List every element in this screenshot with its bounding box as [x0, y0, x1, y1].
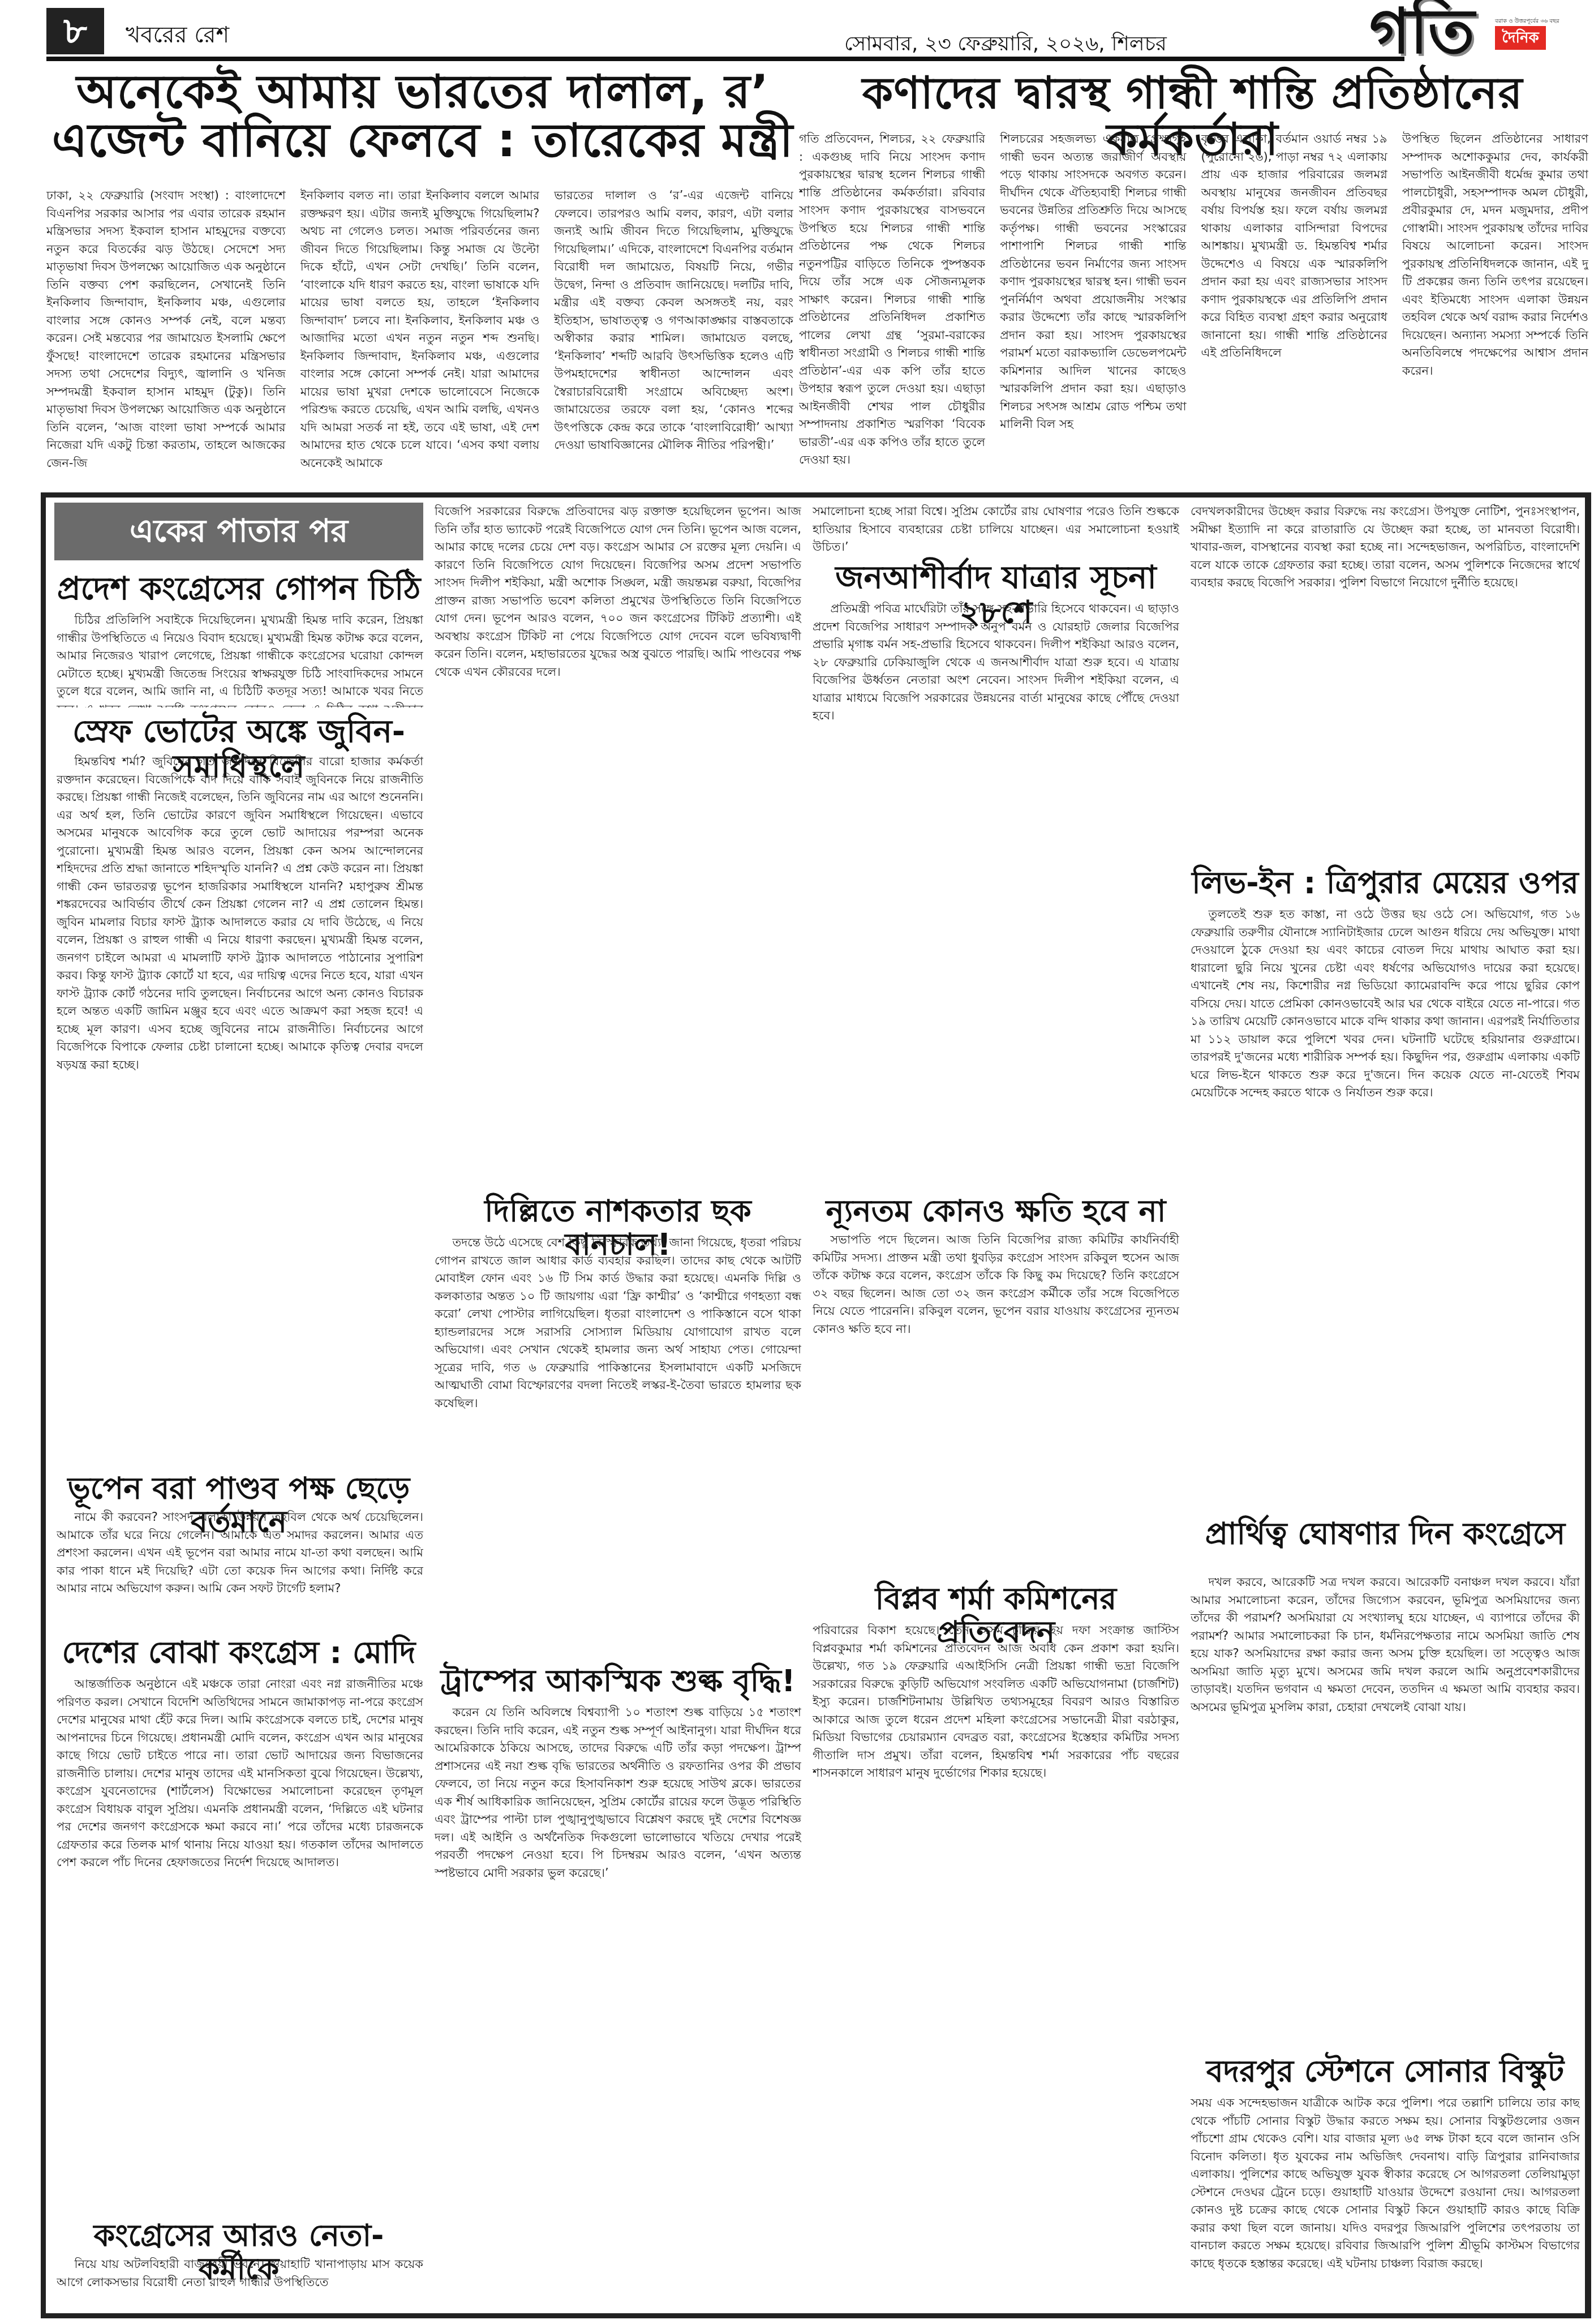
article-body: দখল করবে, আরেকটি সত্র দখল করবে। আরেকটি ব… [1191, 1573, 1580, 2043]
article-body: নিয়ে যায় অটলবিহারী বাজপেয়ী ভবনে। গুয়… [57, 2256, 423, 2312]
article-headline: ন্যূনতম কোনও ক্ষতি হবে না [813, 1194, 1179, 1228]
lead-left-col-3: ভারতের দালাল ও ‘র’-এর এজেন্ট বানিয়ে ফেল… [554, 187, 793, 487]
article-headline: প্রদেশ কংগ্রেসের গোপন চিঠি [54, 572, 423, 607]
article-body: হিমন্তবিশ্ব শর্মা? জুবিনের গত জন্মদিনে ব… [57, 753, 423, 1466]
article-headline: প্রার্থিত্ব ঘোষণার দিন কংগ্রেসে [1191, 1517, 1580, 1550]
article-body: নামে কী করবেন? সাংসদ এলাকা উন্নয়ন তহবিল… [57, 1508, 423, 1633]
page-number: ৮ [46, 8, 104, 54]
lead-left-col-1: ঢাকা, ২২ ফেব্রুয়ারি (সংবাদ সংস্থা) : বা… [46, 187, 286, 487]
article-body: সময় এক সন্দেহভাজন যাত্রীকে আটক করে পুলি… [1191, 2094, 1580, 2312]
lead-left-body: ঢাকা, ২২ ফেব্রুয়ারি (সংবাদ সংস্থা) : বা… [46, 187, 793, 487]
article-headline: লিভ-ইন : ত্রিপুরার মেয়ের ওপর [1191, 866, 1580, 899]
logo-badge: দৈনিক [1495, 26, 1546, 50]
lead-right-body: গতি প্রতিবেদন, শিলচর, ২২ ফেব্রুয়ারি : এ… [799, 130, 1588, 487]
logo-tagline: বরাক ও উত্তরপূর্বের ৩৬ বছর [1495, 17, 1559, 27]
logo-text: গতি [1369, 0, 1475, 62]
article-body: প্রতিমন্ত্রী পবিত্র মার্ঘেরিটা তাঁর সঙ্গ… [813, 600, 1179, 1183]
article-body: তদন্তে উঠে এসেছে বেশ কিছু বিস্ফোরক তথ্য।… [435, 1234, 801, 1658]
lead-left-col-2: ইনকিলাব বলত না। তারা ইনকিলাব বললে আমার র… [300, 187, 540, 487]
article-body: পরিবারের বিকাশ হয়েছে। তেন অসম চুক্তির ছ… [813, 1622, 1179, 2309]
article-body: চিঠির প্রতিলিপি সবাইকে দিয়েছিলেন। মুখ্য… [57, 611, 423, 708]
article-body: সমালোচনা হচ্ছে সারা বিশ্বে। সুপ্রিম কোর্… [813, 503, 1179, 559]
newspaper-logo: গতি বরাক ও উত্তরপূর্বের ৩৬ বছর দৈনিক [1369, 0, 1584, 65]
lead-left-headline: অনেকেই আমায় ভারতের দালাল, র’ এজেন্ট বান… [46, 68, 799, 165]
section-title: খবরের রেশ [126, 17, 229, 55]
article-headline: দেশের বোঝা কংগ্রেস : মোদি [54, 1636, 423, 1669]
article-headline: বদরপুর স্টেশনে সোনার বিস্কুট [1191, 2055, 1580, 2088]
article-body: সভাপতি পদে ছিলেন। আজ তিনি বিজেপির রাজ্য … [813, 1231, 1179, 1571]
continued-banner: একের পাতার পর [54, 503, 423, 560]
article-body: করেন যে তিনি অবিলম্বে বিশ্বব্যাপী ১০ শতা… [435, 1704, 801, 2309]
masthead-rule [46, 57, 1404, 61]
lead-right-col-4: উপস্থিত ছিলেন প্রতিষ্ঠানের সাধারণ সম্পাদ… [1402, 130, 1588, 487]
lead-right-col-2: শিলচরের সহজলভ্য একমাত্র প্রেক্ষাগৃহ গান্… [1000, 130, 1186, 487]
article-body: তুলতেই শুরু হত কাস্তা, না ওঠে উত্তর ছয় … [1191, 906, 1580, 1506]
article-body: বিজেপি সরকারের বিরুদ্ধে প্রতিবাদের ঝড় র… [435, 503, 801, 1182]
article-headline: ট্রাম্পের আকস্মিক শুল্ক বৃদ্ধি! [435, 1664, 801, 1697]
article-body: আন্তর্জাতিক অনুষ্ঠানে এই মঞ্চকে তারা নোং… [57, 1675, 423, 2210]
lead-right-col-1: গতি প্রতিবেদন, শিলচর, ২২ ফেব্রুয়ারি : এ… [799, 130, 985, 487]
lead-right-col-3: বৃহত্তর এলাকা, বর্তমান ওয়ার্ড নম্বর ১৯ … [1201, 130, 1387, 487]
